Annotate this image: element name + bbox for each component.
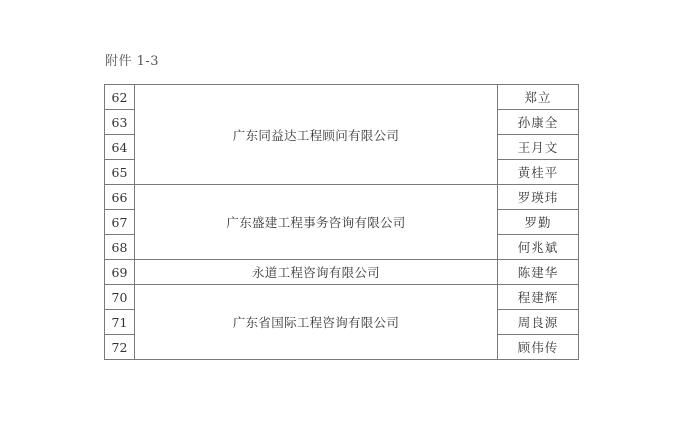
- company-name: 广东盛建工程事务咨询有限公司: [135, 185, 498, 260]
- table-row: 69 永道工程咨询有限公司 陈建华: [105, 260, 579, 285]
- person-name: 王月文: [498, 135, 579, 160]
- person-name: 罗勤: [498, 210, 579, 235]
- person-name: 周良源: [498, 310, 579, 335]
- row-number: 67: [105, 210, 135, 235]
- row-number: 62: [105, 85, 135, 110]
- row-number: 68: [105, 235, 135, 260]
- person-name: 孙康全: [498, 110, 579, 135]
- attachment-label: 附件 1-3: [105, 50, 159, 69]
- person-name: 陈建华: [498, 260, 579, 285]
- row-number: 72: [105, 335, 135, 360]
- roster-table: 62 广东同益达工程顾问有限公司 郑立 63 孙康全 64 王月文 65 黄桂平…: [104, 84, 579, 360]
- row-number: 64: [105, 135, 135, 160]
- row-number: 70: [105, 285, 135, 310]
- table-row: 62 广东同益达工程顾问有限公司 郑立: [105, 85, 579, 110]
- table-row: 66 广东盛建工程事务咨询有限公司 罗瑛玮: [105, 185, 579, 210]
- person-name: 罗瑛玮: [498, 185, 579, 210]
- person-name: 何兆斌: [498, 235, 579, 260]
- person-name: 顾伟传: [498, 335, 579, 360]
- person-name: 黄桂平: [498, 160, 579, 185]
- company-name: 广东省国际工程咨询有限公司: [135, 285, 498, 360]
- row-number: 69: [105, 260, 135, 285]
- company-name: 永道工程咨询有限公司: [135, 260, 498, 285]
- row-number: 65: [105, 160, 135, 185]
- person-name: 郑立: [498, 85, 579, 110]
- row-number: 66: [105, 185, 135, 210]
- table-row: 70 广东省国际工程咨询有限公司 程建辉: [105, 285, 579, 310]
- row-number: 71: [105, 310, 135, 335]
- row-number: 63: [105, 110, 135, 135]
- company-name: 广东同益达工程顾问有限公司: [135, 85, 498, 185]
- person-name: 程建辉: [498, 285, 579, 310]
